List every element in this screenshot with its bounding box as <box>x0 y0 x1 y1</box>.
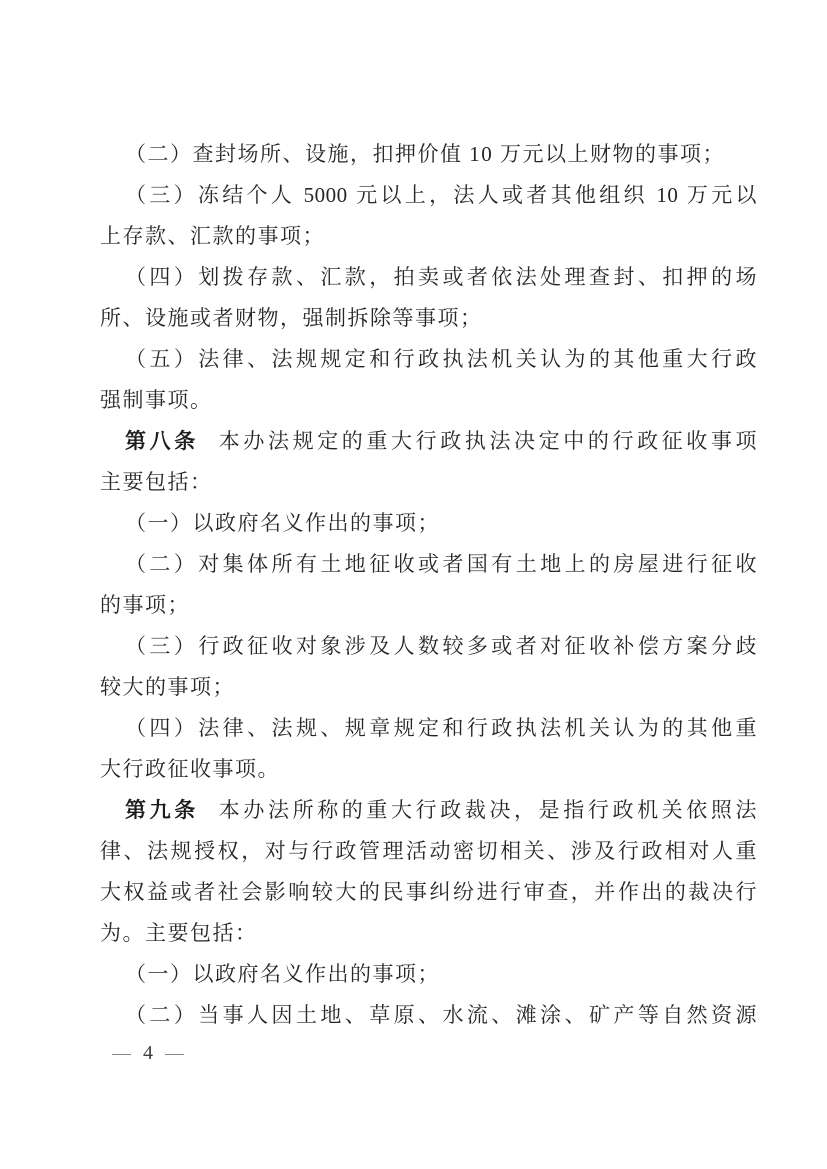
clause-line-continuation: 所、设施或者财物，强制拆除等事项； <box>100 298 757 339</box>
clause-line: （二）查封场所、设施，扣押价值 10 万元以上财物的事项； <box>100 134 757 175</box>
clause-line: （四）划拨存款、汇款，拍卖或者依法处理查封、扣押的场 <box>100 257 757 298</box>
clause-line: （三）行政征收对象涉及人数较多或者对征收补偿方案分歧 <box>100 626 757 667</box>
page-number-value: 4 <box>143 1042 153 1064</box>
clause-line-continuation: 的事项； <box>100 585 757 626</box>
article-9-continuation: 为。主要包括： <box>100 913 757 954</box>
article-9-text: 本办法所称的重大行政裁决，是指行政机关依照法 <box>219 798 757 822</box>
article-9-continuation: 大权益或者社会影响较大的民事纠纷进行审查，并作出的裁决行 <box>100 872 757 913</box>
page-number-dash-right: — <box>165 1043 184 1064</box>
article-9-continuation: 律、法规授权，对与行政管理活动密切相关、涉及行政相对人重 <box>100 831 757 872</box>
article-8-line: 第八条本办法规定的重大行政执法决定中的行政征收事项 <box>100 421 757 462</box>
clause-line: （四）法律、法规、规章规定和行政执法机关认为的其他重 <box>100 708 757 749</box>
article-8-number: 第八条 <box>125 430 199 453</box>
document-body: （二）查封场所、设施，扣押价值 10 万元以上财物的事项； （三）冻结个人 50… <box>100 134 757 1036</box>
article-9-number: 第九条 <box>125 799 199 822</box>
clause-line: （二）对集体所有土地征收或者国有土地上的房屋进行征收 <box>100 544 757 585</box>
clause-line: （三）冻结个人 5000 元以上，法人或者其他组织 10 万元以 <box>100 175 757 216</box>
article-9-line: 第九条本办法所称的重大行政裁决，是指行政机关依照法 <box>100 790 757 831</box>
clause-line-continuation: 大行政征收事项。 <box>100 749 757 790</box>
clause-line-continuation: 上存款、汇款的事项； <box>100 216 757 257</box>
clause-line-continuation: 较大的事项； <box>100 667 757 708</box>
document-page: （二）查封场所、设施，扣押价值 10 万元以上财物的事项； （三）冻结个人 50… <box>0 0 827 1169</box>
article-8-continuation: 主要包括： <box>100 462 757 503</box>
page-number-dash-left: — <box>112 1043 131 1064</box>
clause-line: （一）以政府名义作出的事项； <box>100 503 757 544</box>
page-number: —4— <box>112 1040 184 1066</box>
clause-line: （一）以政府名义作出的事项； <box>100 954 757 995</box>
article-8-text: 本办法规定的重大行政执法决定中的行政征收事项 <box>219 429 757 453</box>
clause-line: （五）法律、法规规定和行政执法机关认为的其他重大行政 <box>100 339 757 380</box>
clause-line-continuation: 强制事项。 <box>100 380 757 421</box>
clause-line: （二）当事人因土地、草原、水流、滩涂、矿产等自然资源 <box>100 995 757 1036</box>
